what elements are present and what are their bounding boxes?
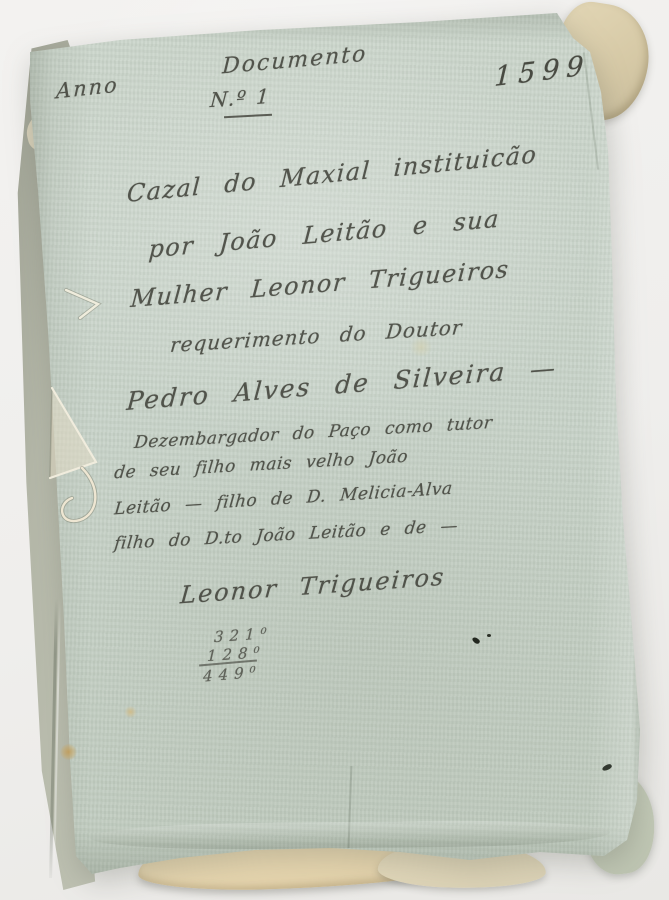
ink-speck [487, 634, 491, 637]
stain [60, 744, 77, 760]
document-number: N.º 1 [209, 84, 272, 112]
stain [124, 706, 137, 718]
